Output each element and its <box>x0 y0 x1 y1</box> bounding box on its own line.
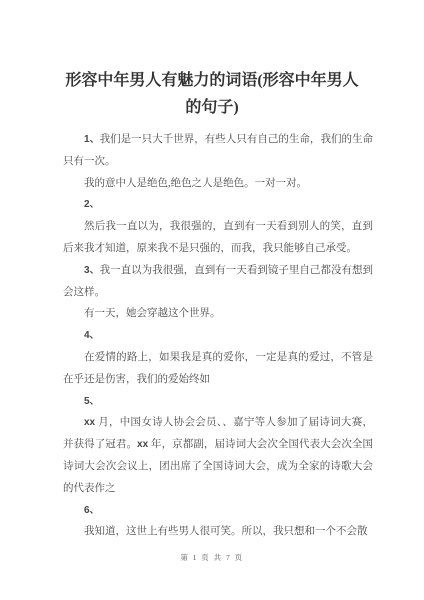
paragraph-segment: 我一直以为我很强，直到有一天看到镜子里自己都没有想到会这样。 <box>63 265 373 298</box>
paragraph: 然后我一直以为，我很强的，直到有一天看到别人的笑，直到后来我才知道，原来我不是只… <box>63 216 373 260</box>
paragraph: xx 月，中国女诗人协会会员、、嘉宁等人参加了届诗词大赛，并获得了冠君。xx 年… <box>63 412 373 499</box>
paragraph: 我的意中人是绝色,绝色之人是绝色。一对一对。 <box>63 173 373 195</box>
paragraph: 我知道，这世上有些男人很可笑。所以，我只想和一个不会散 <box>63 521 373 543</box>
paragraph-segment: 5、 <box>84 396 100 407</box>
paragraph: 4、 <box>63 325 373 347</box>
paragraph: 有一天，她会穿越这个世界。 <box>63 303 373 325</box>
paragraph-segment: 有一天，她会穿越这个世界。 <box>84 308 221 319</box>
paragraph-segment: 2、 <box>84 199 100 210</box>
document-page: 形容中年男人有魅力的词语(形容中年男人的句子) 1、我们是一只大千世界，有些人只… <box>0 0 424 600</box>
paragraph: 1、我们是一只大千世界，有些人只有自己的生命，我们的生命只有一次。 <box>63 129 373 173</box>
paragraph-segment: 6、 <box>84 505 100 516</box>
paragraph: 2、 <box>63 194 373 216</box>
paragraph: 6、 <box>63 500 373 522</box>
paragraph-segment: 在爱情的路上，如果我是真的爱你，一定是真的爱过，不管是在乎还是伤害，我们的爱始终… <box>63 352 373 385</box>
page-title-line: 的句子) <box>61 94 363 121</box>
page-number-footer: 第 1 页 共 7 页 <box>0 552 424 563</box>
paragraph-segment: 我的意中人是绝色,绝色之人是绝色。一对一对。 <box>84 178 307 189</box>
paragraph: 5、 <box>63 391 373 413</box>
page-title-line: 形容中年男人有魅力的词语(形容中年男人 <box>61 67 363 94</box>
paragraph: 在爱情的路上，如果我是真的爱你，一定是真的爱过，不管是在乎还是伤害，我们的爱始终… <box>63 347 373 391</box>
paragraph-segment: 1、 <box>84 134 100 145</box>
paragraph-segment: xx <box>84 417 98 428</box>
paragraph-segment: 3、 <box>84 265 100 276</box>
paragraph: 3、我一直以为我很强，直到有一天看到镜子里自己都没有想到会这样。 <box>63 260 373 304</box>
page-number-label: 第 1 页 共 7 页 <box>180 553 243 562</box>
paragraph-segment: 然后我一直以为，我很强的，直到有一天看到别人的笑，直到后来我才知道，原来我不是只… <box>63 221 373 254</box>
paragraph-segment: 我知道，这世上有些男人很可笑。所以，我只想和一个不会散 <box>84 526 368 537</box>
paragraph-segment: 4、 <box>84 330 100 341</box>
page-title: 形容中年男人有魅力的词语(形容中年男人的句子) <box>61 0 363 121</box>
paragraph-segment: xx <box>137 439 151 450</box>
document-body: 1、我们是一只大千世界，有些人只有自己的生命，我们的生命只有一次。我的意中人是绝… <box>63 129 373 543</box>
paragraph-segment: 我们是一只大千世界，有些人只有自己的生命，我们的生命只有一次。 <box>63 134 373 167</box>
